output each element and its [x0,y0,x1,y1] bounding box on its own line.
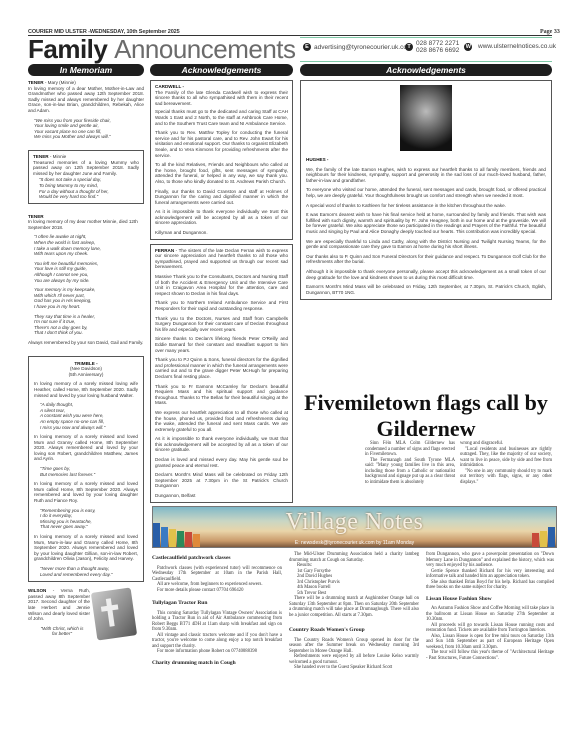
notice-trimble-boxed: TRIMBLE -(Nee Davidson)(5th Anniversary)… [28,356,144,583]
village-notes-submission-info: E: newsdesk@tyronecourier.uk.com by 11am… [153,540,556,546]
email-address[interactable]: advertising@tyronecourier.uk.com [314,44,412,51]
verse: You left me beautiful memories,Your love… [28,261,144,283]
email-contact[interactable]: E advertising@tyronecourier.uk.com [303,43,412,51]
verse: "It does not take a special day,To bring… [33,177,139,199]
section-header-acknowledgements-2: Acknowledgements [300,64,552,76]
village-notes-column-2: The Mid-Ulster Drumming Association held… [289,552,419,671]
village-notes-banner: Village Notes E: newsdesk@tyronecourier.… [152,506,557,548]
village-notes-column-1: Castlecaulfield patchwork classes Patchw… [152,552,282,670]
notice-hughes: HUGHES - We, the family of the late Eamo… [300,80,552,300]
verse: They say that time is a healer,I'm not s… [28,314,144,336]
verse: "We miss you from your fireside chair,Yo… [28,118,144,140]
notice-tener-son: TENERIn loving memory of my dear mother … [28,214,144,346]
portrait-photo [400,85,452,151]
phone-contact: T 028 8772 2271 028 8676 6692 W [405,40,472,54]
section-header-acknowledgements-1: Acknowledgements [150,64,293,76]
in-memoriam-column: TENER - Mary (Minnie)In loving memory of… [28,80,144,638]
phone-number-1[interactable]: 028 8772 2271 [416,40,459,47]
notice-cardwell: CARDWELL -The Family of the late Glenda … [150,80,293,240]
bible-cross-icon [91,588,137,641]
news-column-1: Sinn Féin MLA Colm Gildernew has condemn… [365,441,455,485]
contact-rule-bottom [300,61,552,62]
phone-icon: T [405,43,413,51]
verse: "I often lie awake at night,When the wor… [28,234,144,256]
page-title: Family Announcements [28,35,296,63]
news-headline: Fivemiletown flags call by Gildernew [300,390,552,442]
section-header-in-memoriam: In Memoriam [28,64,144,76]
email-icon: E [303,43,311,51]
notice-wilson: WILSON - Verna Ruth, passed away 8th Sep… [28,588,144,638]
news-column-2: wrong and disgraceful. "Local residents … [460,441,552,485]
contact-rule-top [300,37,552,38]
village-notes-title: Village Notes [153,509,556,536]
notice-ferran: FERRAN - The sisters of the late Declan … [150,244,293,503]
website-link[interactable]: www.ulsternelnotices.co.uk [478,43,556,50]
notice-tener-mary: TENER - Mary (Minnie)In loving memory of… [28,80,144,140]
village-notes-column-3: from Dungannon, who gave a powerpoint pr… [426,552,554,661]
web-icon: W [464,43,472,51]
phone-number-2[interactable]: 028 8676 6692 [416,47,459,54]
verse: Your memory is my keepsake,With which I'… [28,287,144,309]
acknowledgements-middle-column: CARDWELL -The Family of the late Glenda … [150,80,293,503]
notice-tener-minnie-boxed: TENER - MinnieTreasured memories of a lo… [28,150,144,204]
